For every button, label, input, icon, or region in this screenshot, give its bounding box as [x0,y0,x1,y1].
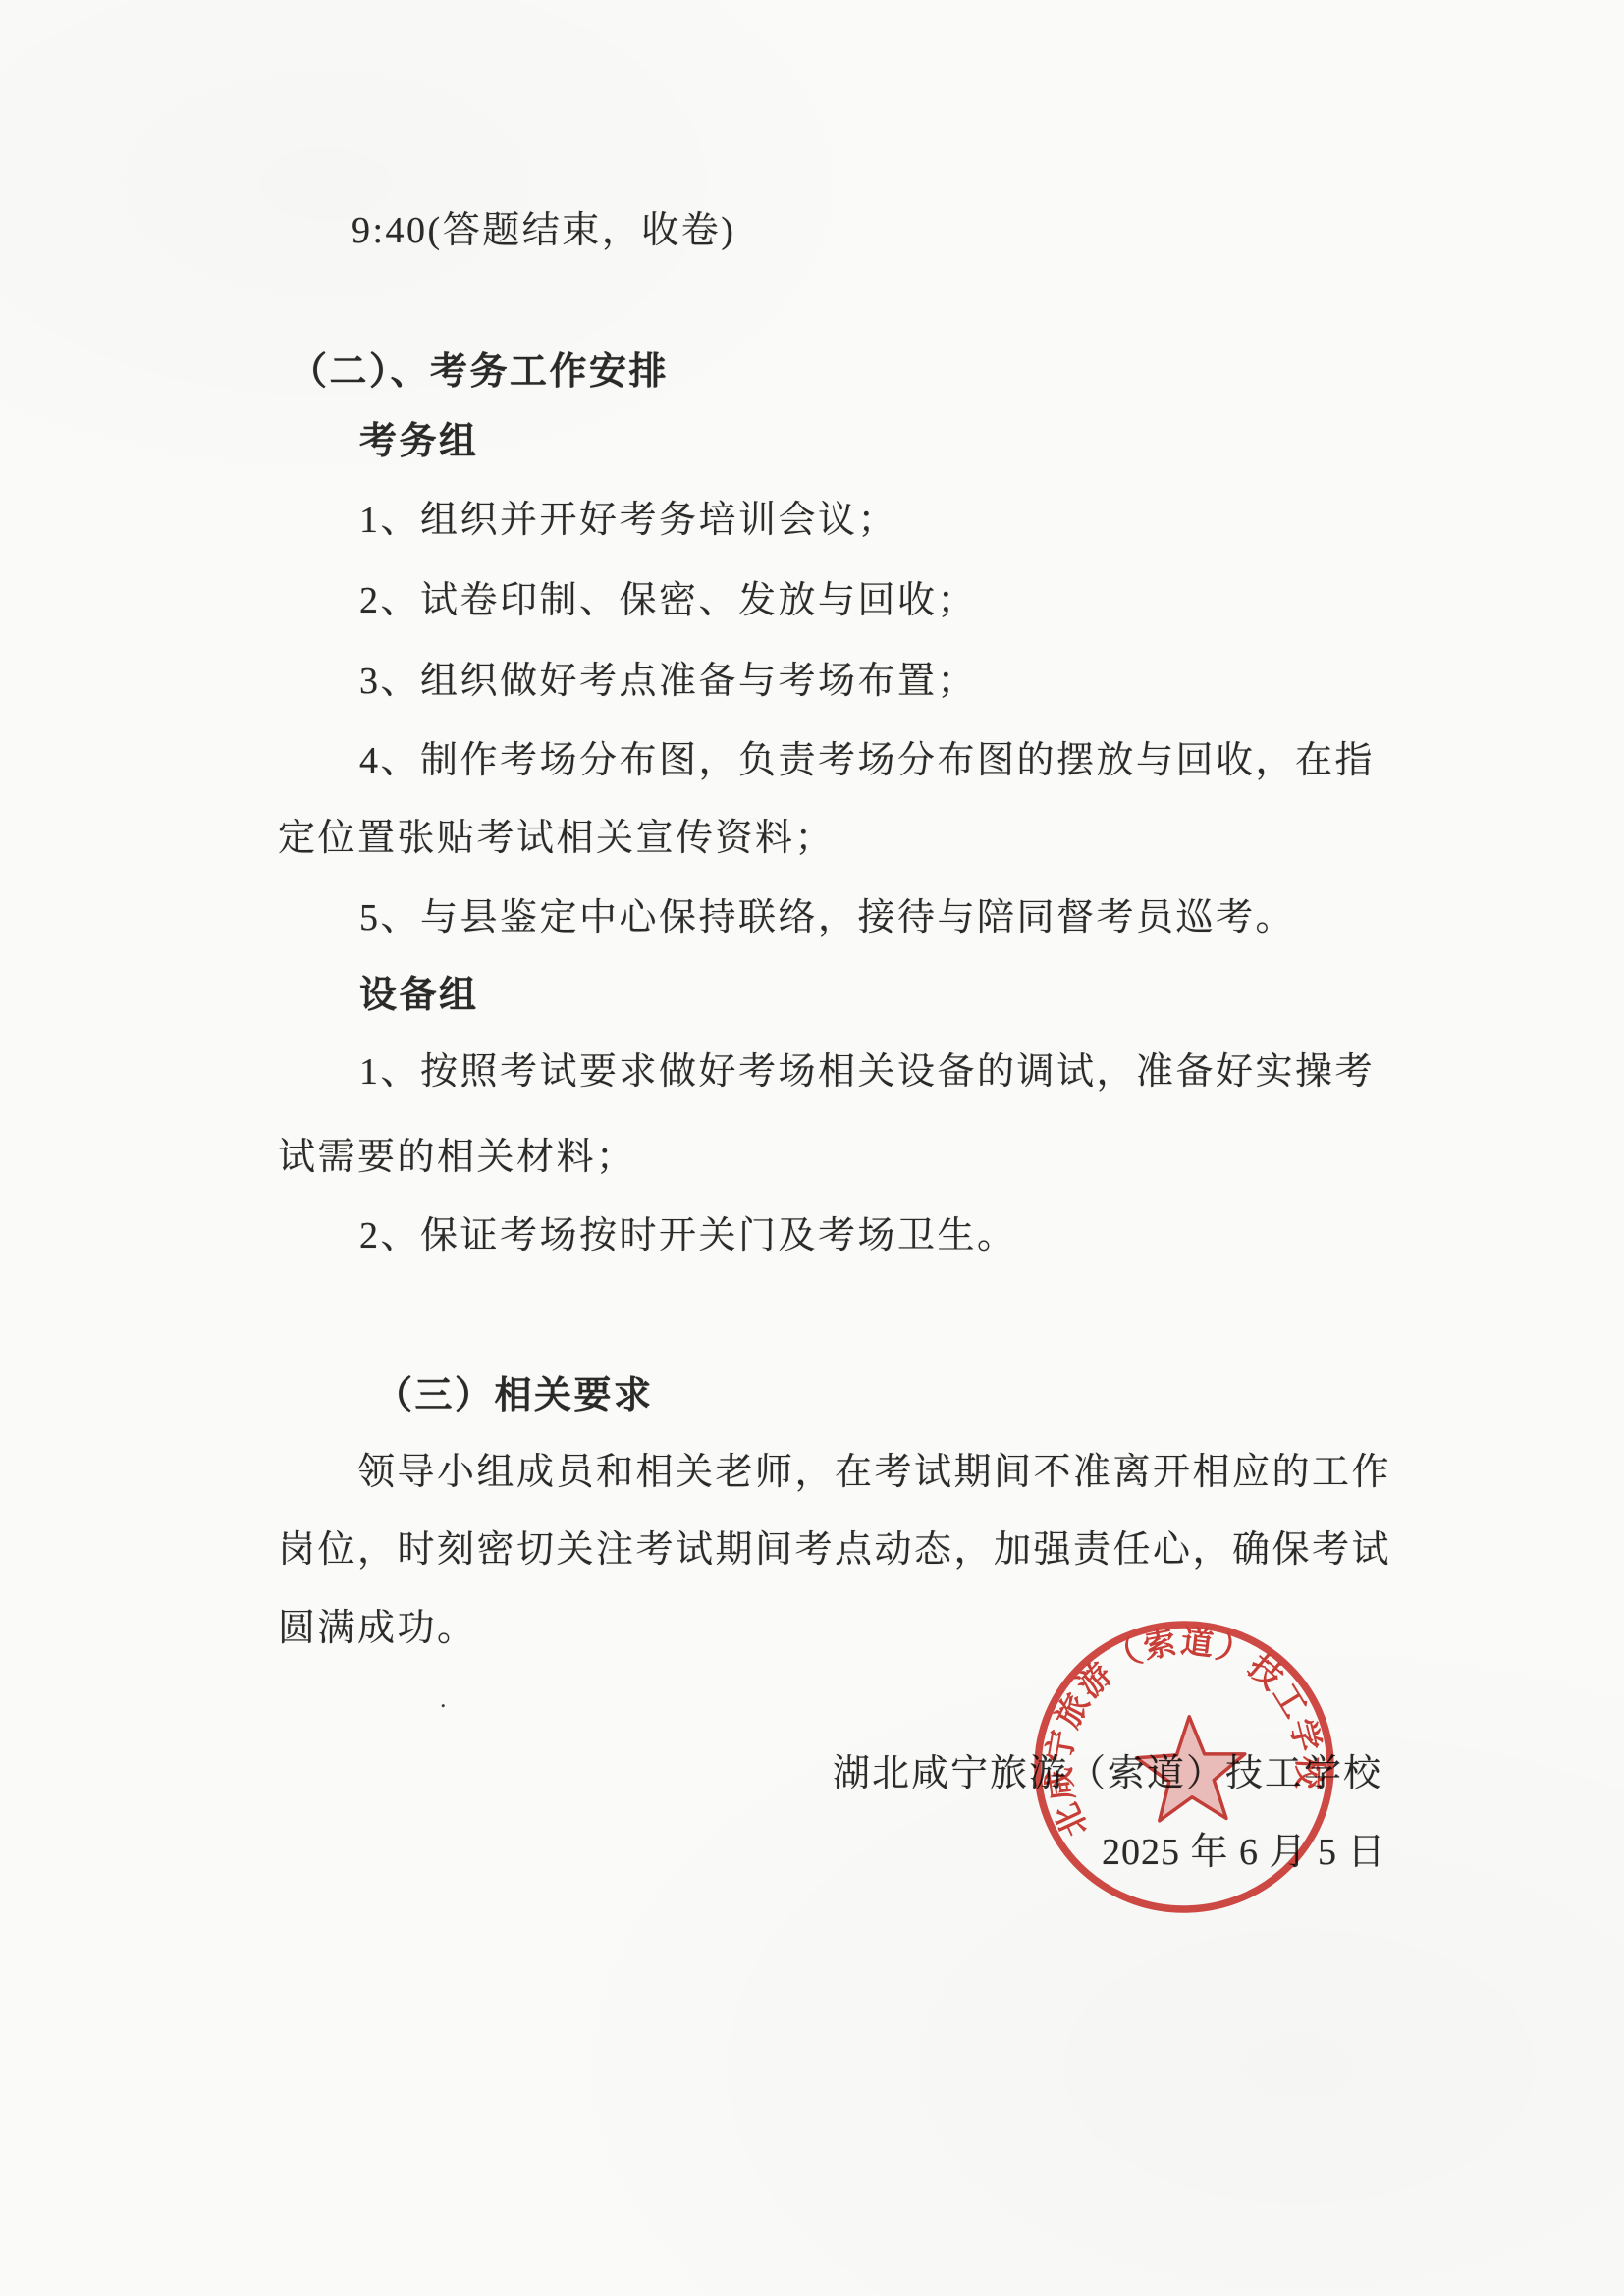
section-3-heading: （三）相关要求 [375,1373,654,1418]
exam-affairs-item-2: 2、试卷印制、保密、发放与回收； [359,578,977,623]
stray-ink-dot: . [440,1684,447,1714]
equipment-group-heading: 设备组 [359,973,479,1018]
requirements-para-line-1: 领导小组成员和相关老师，在考试期间不准离开相应的工作 [357,1450,1391,1495]
equipment-item-2: 2、保证考场按时开关门及考场卫生。 [359,1213,1017,1258]
equipment-item-1-line-1: 1、按照考试要求做好考场相关设备的调试，准备好实操考 [359,1049,1375,1095]
star-icon [1135,1715,1247,1822]
exam-affairs-item-1: 1、组织并开好考务培训会议； [359,498,897,543]
exam-affairs-item-5: 5、与县鉴定中心保持联络，接待与陪同督考员巡考。 [359,895,1295,940]
requirements-para-line-3: 圆满成功。 [278,1606,477,1651]
exam-affairs-item-4-line-1: 4、制作考场分布图，负责考场分布图的摆放与回收，在指 [359,738,1375,783]
time-note-line: 9:40(答题结束，收卷) [352,208,735,253]
equipment-item-1-line-2: 试需要的相关材料； [278,1135,636,1180]
scanned-document-page: 9:40(答题结束，收卷) （二）、考务工作安排 考务组 1、组织并开好考务培训… [0,0,1624,2296]
exam-affairs-item-3: 3、组织做好考点准备与考场布置； [359,659,977,704]
requirements-para-line-2: 岗位，时刻密切关注考试期间考点动态，加强责任心，确保考试 [278,1527,1391,1573]
school-seal-stamp: 湖北咸宁旅游（索道）技工学校 [1022,1605,1347,1930]
section-2-heading: （二）、考务工作安排 [290,349,669,395]
exam-affairs-group-heading: 考务组 [359,419,479,464]
exam-affairs-item-4-line-2: 定位置张贴考试相关宣传资料； [278,816,835,861]
